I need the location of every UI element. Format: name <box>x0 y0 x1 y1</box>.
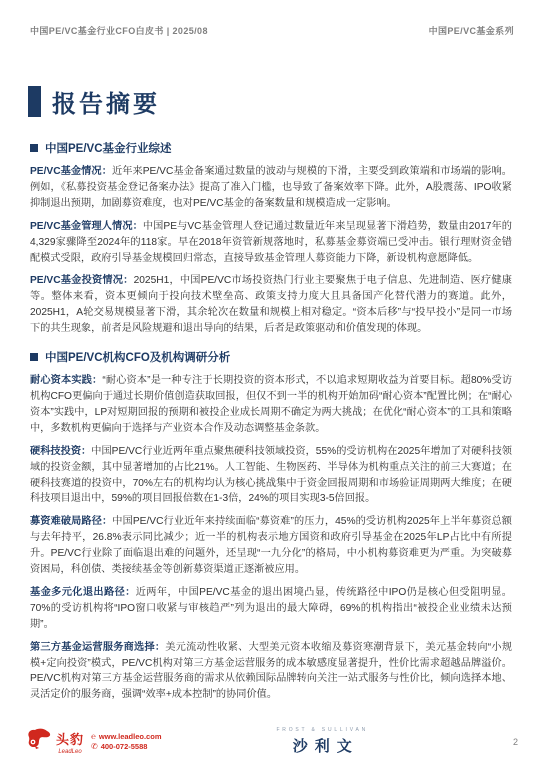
paragraph-label: 募资难破局路径： <box>30 516 112 527</box>
title-row: 报告摘要 <box>28 84 160 119</box>
leadleo-brand: 头豹 LeadLeo ℮ www.leadleo.com ✆ 400-072-5… <box>26 727 161 756</box>
paragraph-label: PE/VC基金管理人情况： <box>30 221 143 232</box>
paragraph-text: 中国PE/VC行业近两年重点聚焦硬科技领域投资，55%的受访机构在2025年增加… <box>30 446 512 505</box>
page-number: 2 <box>513 737 518 747</box>
brand-name-en: LeadLeo <box>58 749 81 755</box>
report-body: 中国PE/VC基金行业综述 PE/VC基金情况：近年来PE/VC基金备案通过数量… <box>30 136 512 710</box>
frost-sullivan-cn: 沙利文 <box>286 735 359 756</box>
paragraph-label: 基金多元化退出路径： <box>30 587 136 598</box>
section-heading-label: 中国PE/VC基金行业综述 <box>45 140 172 156</box>
page-title: 报告摘要 <box>52 84 160 119</box>
report-page: 中国PE/VC基金行业CFO白皮书 | 2025/08 中国PE/VC基金系列 … <box>0 0 540 780</box>
paragraph-fundraising-path: 募资难破局路径：中国PE/VC行业近年来持续面临“募资难”的压力，45%的受访机… <box>30 514 512 578</box>
page-footer: 头豹 LeadLeo ℮ www.leadleo.com ✆ 400-072-5… <box>26 727 518 756</box>
paragraph-label: PE/VC基金投资情况： <box>30 275 134 286</box>
header-left-text: 中国PE/VC基金行业CFO白皮书 | 2025/08 <box>30 24 208 37</box>
page-header: 中国PE/VC基金行业CFO白皮书 | 2025/08 中国PE/VC基金系列 <box>30 24 514 37</box>
title-accent-bar <box>28 86 41 117</box>
square-bullet-icon <box>30 144 38 152</box>
website-text: www.leadleo.com <box>99 732 162 742</box>
phone-icon: ✆ <box>91 742 98 752</box>
phone-text: 400-072-5588 <box>101 742 148 752</box>
section-heading-industry-overview: 中国PE/VC基金行业综述 <box>30 140 512 156</box>
website-row: ℮ www.leadleo.com <box>91 732 161 742</box>
frost-sullivan-en: FROST & SULLIVAN <box>276 727 368 733</box>
paragraph-patient-capital: 耐心资本实践：“耐心资本”是一种专注于长期投资的资本形式，不以追求短期收益为首要… <box>30 373 512 437</box>
brand-text: 头豹 LeadLeo <box>56 729 84 755</box>
leopard-logo-icon <box>26 727 52 756</box>
paragraph-fund-managers: PE/VC基金管理人情况：中国PE与VC基金管理人登记通过数量近年来呈现显著下滑… <box>30 219 512 267</box>
section-heading-cfo-research: 中国PE/VC机构CFO及机构调研分析 <box>30 349 512 365</box>
brand-name-cn: 头豹 <box>56 729 84 748</box>
paragraph-service-provider: 第三方基金运营服务商选择：美元流动性收紧、大型美元资本收缩及募资寒潮背景下，美元… <box>30 640 512 704</box>
paragraph-exit-path: 基金多元化退出路径：近两年，中国PE/VC基金的退出困境凸显，传统路径中IPO仍… <box>30 585 512 633</box>
phone-row: ✆ 400-072-5588 <box>91 742 161 752</box>
paragraph-hard-tech: 硬科技投资：中国PE/VC行业近两年重点聚焦硬科技领域投资，55%的受访机构在2… <box>30 444 512 508</box>
frost-sullivan-logo: FROST & SULLIVAN 沙利文 <box>276 727 368 756</box>
paragraph-fund-investment: PE/VC基金投资情况：2025H1，中国PE/VC市场投资热门行业主要聚焦于电… <box>30 273 512 337</box>
paragraph-text: “耐心资本”是一种专注于长期投资的资本形式，不以追求短期收益为首要目标。超80%… <box>30 375 512 434</box>
square-bullet-icon <box>30 353 38 361</box>
paragraph-label: 第三方基金运营服务商选择： <box>30 642 165 653</box>
section-heading-label: 中国PE/VC机构CFO及机构调研分析 <box>45 349 230 365</box>
brand-contact: ℮ www.leadleo.com ✆ 400-072-5588 <box>91 732 161 752</box>
paragraph-label: 硬科技投资： <box>30 446 91 457</box>
paragraph-label: PE/VC基金情况： <box>30 166 112 177</box>
paragraph-label: 耐心资本实践： <box>30 375 102 386</box>
email-icon: ℮ <box>91 732 96 742</box>
paragraph-fund-overview: PE/VC基金情况：近年来PE/VC基金备案通过数量的波动与规模的下滑，主要受到… <box>30 164 512 212</box>
header-right-text: 中国PE/VC基金系列 <box>429 24 514 37</box>
